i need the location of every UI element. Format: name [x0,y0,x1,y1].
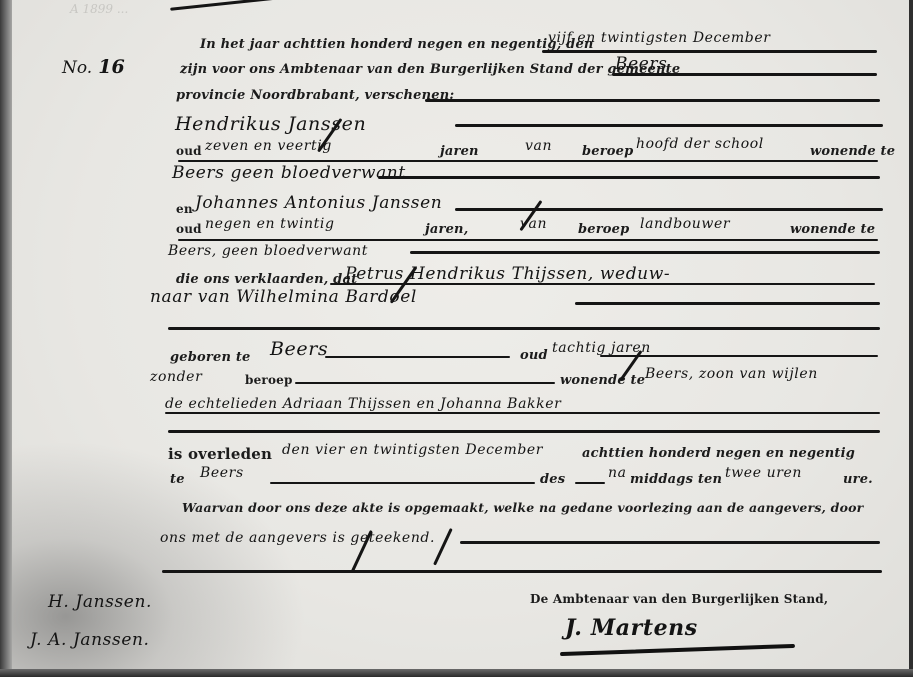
printed-text: te [170,472,185,487]
printed-text: is overleden [168,445,272,463]
handwritten-parents: de echtelieden Adriaan Thijssen en Johan… [165,396,561,412]
form-rule [165,412,880,414]
printed-text: Waarvan door ons deze akte is opgemaakt,… [182,500,863,515]
form-rule [425,99,880,102]
printed-text: jaren [440,144,479,159]
printed-text: achttien honderd negen en negentig [582,446,855,461]
handwritten-residence: Beers geen bloedverwant [172,163,406,183]
form-rule [178,239,878,241]
handwritten-death-time: twee uren [725,465,802,481]
faint-top-annotation: A 1899 ... [70,2,128,16]
official-signature: J. Martens [565,615,698,641]
printed-text: wonende te [810,144,895,159]
act-number-value: 16 [98,56,124,78]
form-rule [295,382,555,384]
handwritten-date: vijf en twintigsten December [548,30,771,46]
handwritten-age: zeven en veertig [205,138,332,154]
printed-text: des [540,472,565,487]
form-rule [612,73,877,76]
act-number: No.16 [62,56,125,78]
handwritten-text: na [608,465,627,481]
printed-text: wonende te [560,373,645,388]
printed-text: beroep [578,222,629,237]
handwritten-age: negen en twintig [205,216,335,232]
handwritten-residence: Beers, geen bloedverwant [168,243,368,259]
handwritten-death-place: Beers [200,465,244,481]
printed-text: oud [520,348,548,363]
printed-text: oud [176,144,202,158]
act-number-label: No. [62,58,92,78]
form-rule [378,176,880,179]
section-divider [168,430,880,433]
handwritten-birthplace: Beers [270,338,328,360]
scan-right-edge [909,0,913,677]
scan-bottom-edge [0,669,913,677]
printed-text: beroep [245,373,293,387]
printed-text: en [176,202,193,216]
handwritten-occupation: zonder [150,369,202,385]
form-rule [330,283,875,285]
handwritten-declarant-2-name: Johannes Antonius Janssen [195,193,442,213]
form-rule [575,482,605,484]
handwritten-occupation: landbouwer [640,216,730,232]
form-rule [542,50,877,53]
form-rule [410,251,880,254]
handwritten-municipality: Beers [615,54,667,74]
printed-text: jaren, [425,222,468,237]
printed-text: oud [176,222,202,236]
printed-text: In het jaar achttien honderd negen en ne… [200,37,594,52]
form-rule [575,302,880,305]
declarant-signature-1: H. Janssen. [48,592,152,612]
form-rule [455,208,883,211]
handwritten-residence: Beers, zoon van wijlen [645,366,818,382]
handwritten-deceased-name: Petrus Hendrikus Thijssen, weduw- [345,264,670,284]
form-rule [600,355,878,357]
handwritten-closing: ons met de aangevers is geteekend. [160,530,435,546]
printed-text: ure. [843,472,873,487]
form-rule [270,482,535,484]
official-title: De Ambtenaar van den Burgerlijken Stand, [530,592,828,606]
printed-text: geboren te [170,350,251,365]
declarant-signature-2: J. A. Janssen. [30,630,150,650]
handwritten-death-date: den vier en twintigsten December [282,442,543,458]
printed-text: wonende te [790,222,875,237]
section-divider [162,570,882,573]
form-rule [325,356,510,358]
handwritten-occupation: hoofd der school [636,136,764,152]
section-divider [168,327,880,330]
printed-text: middags ten [630,472,722,487]
handwritten-text: van [520,216,547,232]
handwritten-text: van [525,138,552,154]
form-rule [178,160,878,162]
form-rule [455,124,883,127]
printed-text: zijn voor ons Ambtenaar van den Burgerli… [180,62,680,77]
handwritten-spouse: naar van Wilhelmina Bardoel [150,287,417,307]
printed-text: provincie Noordbrabant, verschenen: [176,88,454,103]
form-rule [460,541,880,544]
printed-text: beroep [582,144,633,159]
